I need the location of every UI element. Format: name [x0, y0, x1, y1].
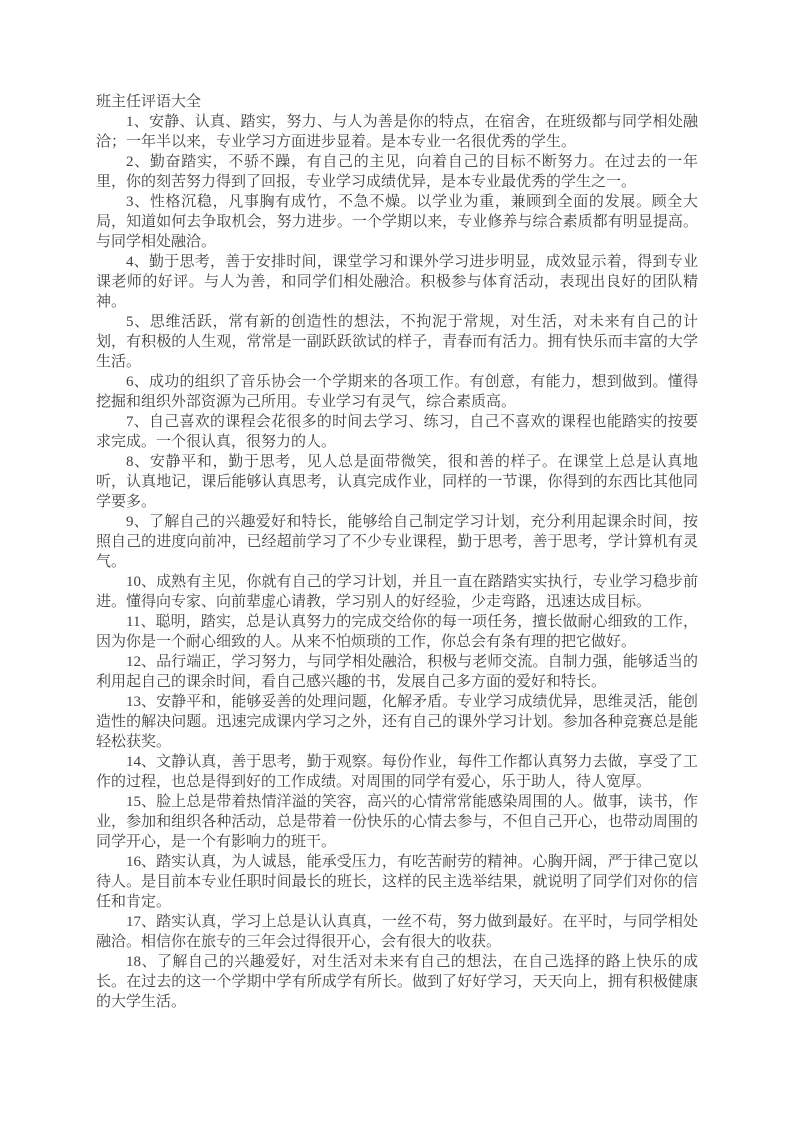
comment-paragraph: 9、了解自己的兴趣爱好和特长，能够给自己制定学习计划，充分利用起课余时间，按照自… — [96, 512, 698, 572]
comment-paragraph: 12、品行端正，学习努力，与同学相处融洽，积极与老师交流。自制力强，能够适当的利… — [96, 652, 698, 692]
comment-paragraph: 17、踏实认真，学习上总是认认真真，一丝不苟，努力做到最好。在平时，与同学相处融… — [96, 912, 698, 952]
comment-paragraph: 14、文静认真，善于思考，勤于观察。每份作业，每件工作都认真努力去做，享受了工作… — [96, 752, 698, 792]
document-page: 班主任评语大全 1、安静、认真、踏实，努力、与人为善是你的特点，在宿舍，在班级都… — [0, 0, 793, 1122]
comment-paragraph: 18、了解自己的兴趣爱好，对生活对未来有自己的想法，在自己选择的路上快乐的成长。… — [96, 952, 698, 1012]
comment-paragraph: 10、成熟有主见，你就有自己的学习计划，并且一直在踏踏实实执行，专业学习稳步前进… — [96, 572, 698, 612]
comment-paragraph: 5、思维活跃，常有新的创造性的想法，不拘泥于常规，对生活，对未来有自己的计划，有… — [96, 312, 698, 372]
comment-paragraph: 7、自己喜欢的课程会花很多的时间去学习、练习，自己不喜欢的课程也能踏实的按要求完… — [96, 412, 698, 452]
comment-paragraph: 1、安静、认真、踏实，努力、与人为善是你的特点，在宿舍，在班级都与同学相处融洽；… — [96, 112, 698, 152]
comment-paragraph: 15、脸上总是带着热情洋溢的笑容，高兴的心情常常能感染周围的人。做事，读书，作业… — [96, 792, 698, 852]
document-body: 1、安静、认真、踏实，努力、与人为善是你的特点，在宿舍，在班级都与同学相处融洽；… — [96, 112, 698, 1012]
comment-paragraph: 8、安静平和，勤于思考，见人总是面带微笑，很和善的样子。在课堂上总是认真地听，认… — [96, 452, 698, 512]
comment-paragraph: 4、勤于思考，善于安排时间，课堂学习和课外学习进步明显，成效显示着，得到专业课老… — [96, 252, 698, 312]
document-title: 班主任评语大全 — [96, 92, 698, 112]
comment-paragraph: 3、性格沉稳，凡事胸有成竹，不急不燥。以学业为重，兼顾到全面的发展。顾全大局，知… — [96, 192, 698, 252]
comment-paragraph: 6、成功的组织了音乐协会一个学期来的各项工作。有创意，有能力，想到做到。懂得挖掘… — [96, 372, 698, 412]
comment-paragraph: 16、踏实认真，为人诚恳，能承受压力，有吃苦耐劳的精神。心胸开阔，严于律己宽以待… — [96, 852, 698, 912]
comment-paragraph: 13、安静平和，能够妥善的处理问题，化解矛盾。专业学习成绩优异，思维灵活，能创造… — [96, 692, 698, 752]
comment-paragraph: 11、聪明，踏实，总是认真努力的完成交给你的每一项任务，擅长做耐心细致的工作，因… — [96, 612, 698, 652]
comment-paragraph: 2、勤奋踏实，不骄不躁，有自己的主见，向着自己的目标不断努力。在过去的一年里，你… — [96, 152, 698, 192]
